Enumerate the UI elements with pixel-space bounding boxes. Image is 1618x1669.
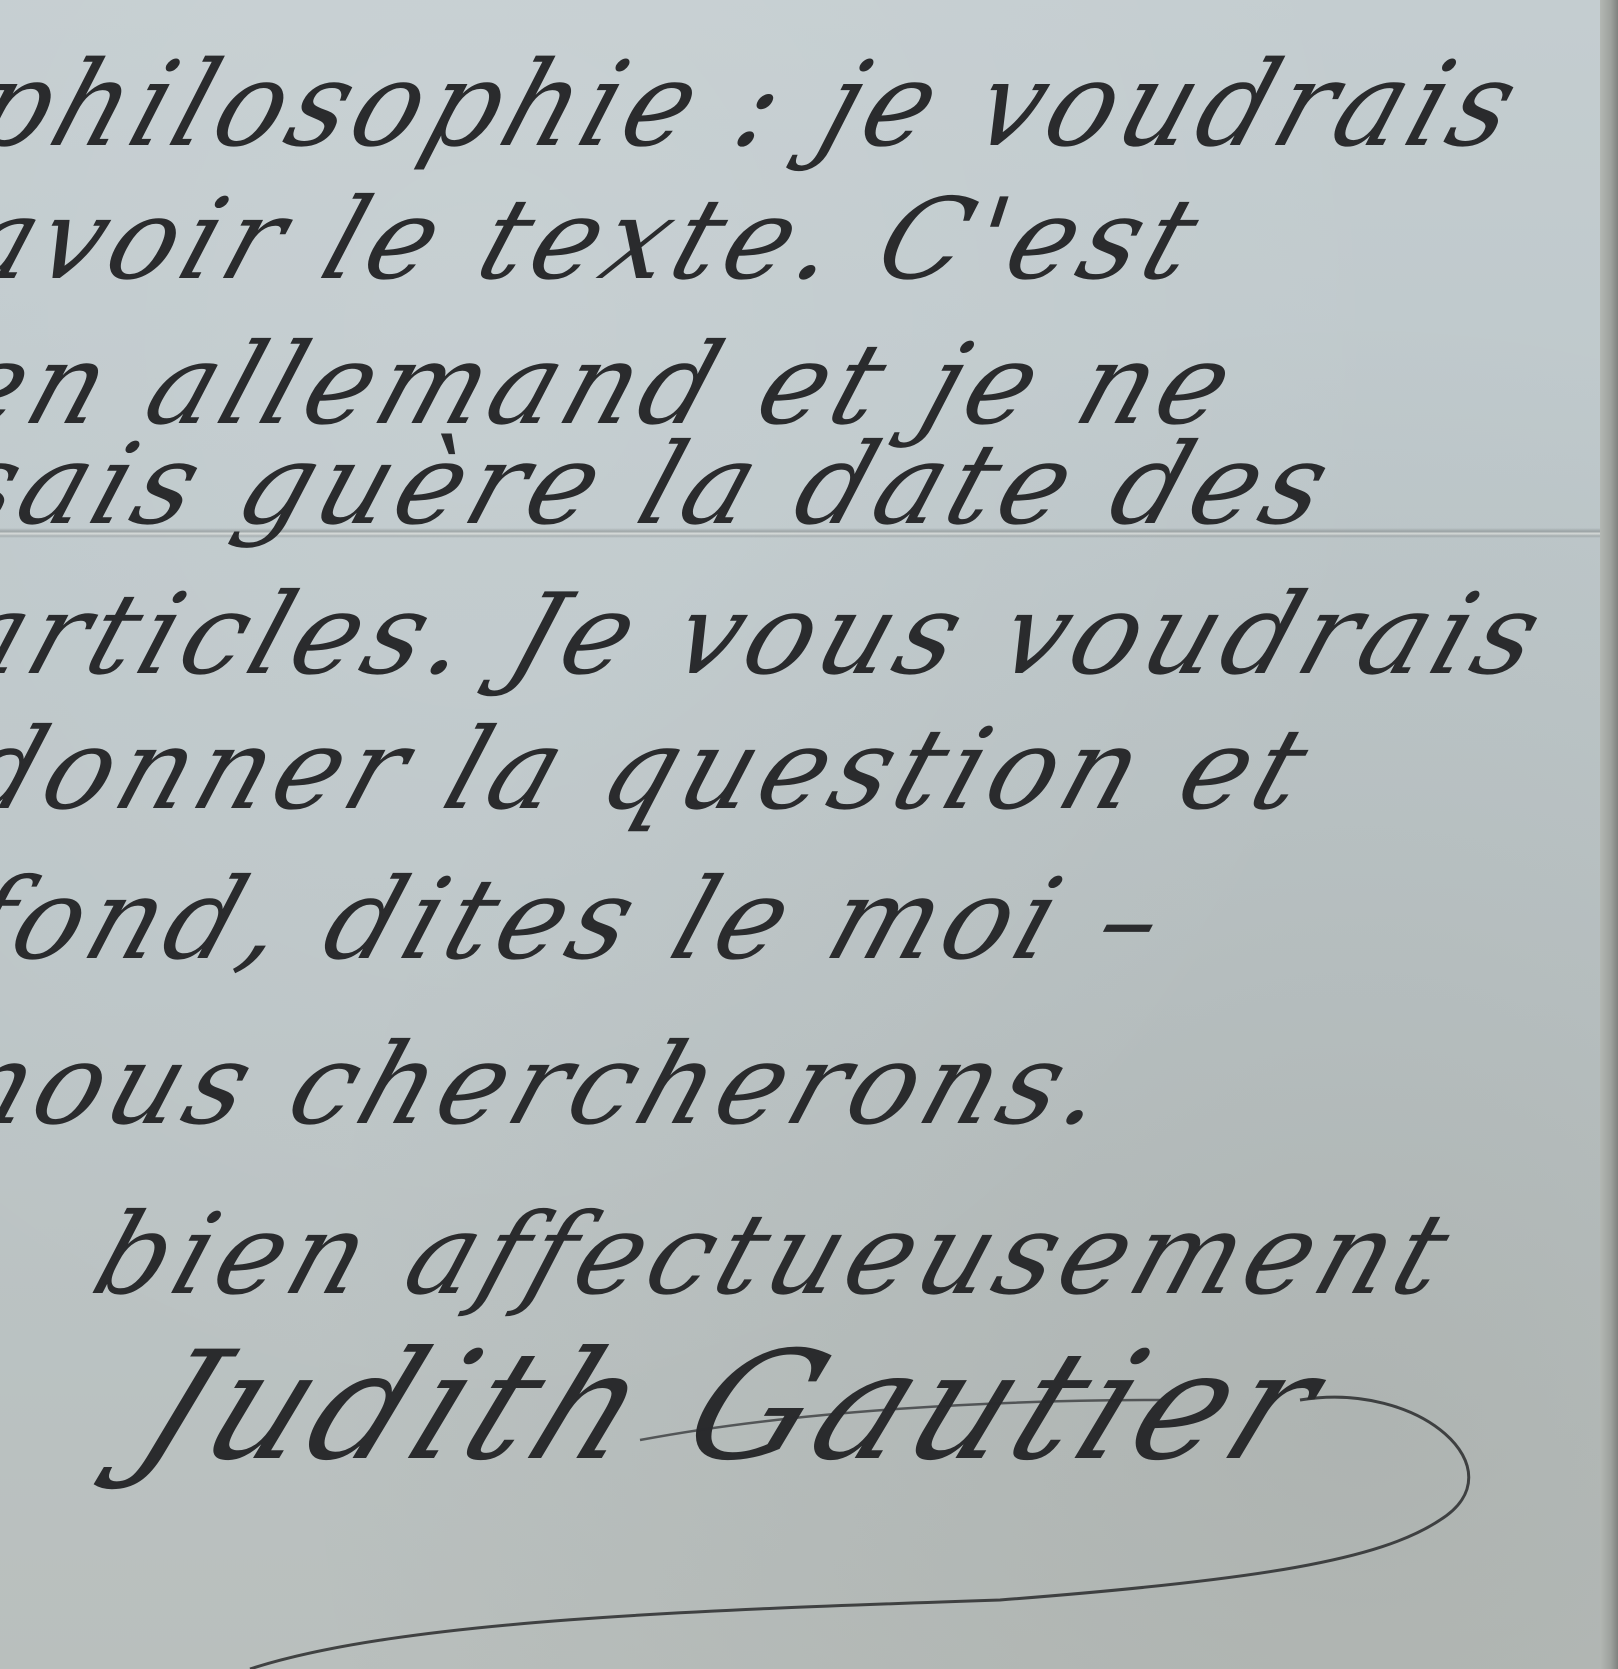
letter-line-8: nous chercherons. xyxy=(0,1020,1130,1150)
letter-line-4: sais guère la date des xyxy=(0,420,1351,550)
signature: Judith Gautier xyxy=(115,1320,1349,1494)
letter-line-7: fond, dites le moi – xyxy=(0,855,1186,985)
letter-line-2: avoir le texte. C'est xyxy=(0,175,1219,305)
letter-page: philosophie : je voudrais avoir le texte… xyxy=(0,0,1600,1669)
letter-line-5: articles. Je vous voudrais xyxy=(0,570,1563,700)
letter-line-1: philosophie : je voudrais xyxy=(0,37,1540,174)
paper-edge xyxy=(1600,0,1618,1669)
letter-line-6: donner la question et xyxy=(0,705,1329,835)
closing-line: bien affectueusement xyxy=(79,1190,1470,1320)
